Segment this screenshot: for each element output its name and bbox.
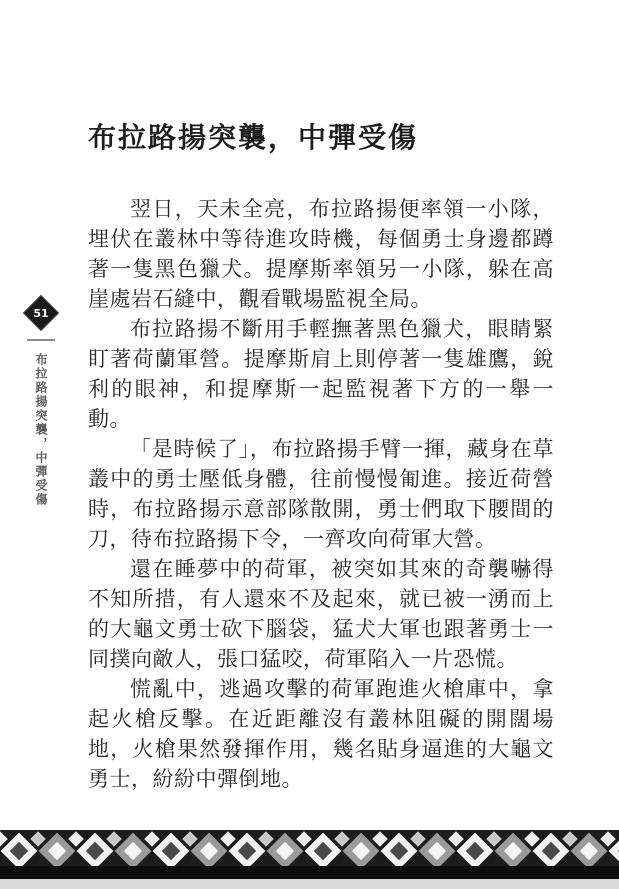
border-black-band [0, 866, 619, 879]
book-page: 51 布拉路揚突襲，中彈受傷 布拉路揚突襲，中彈受傷 翌日，天未全亮，布拉路揚便… [0, 0, 619, 889]
sidebar-divider [27, 339, 55, 341]
diamond-pattern-border [0, 830, 619, 866]
running-chapter-title: 布拉路揚突襲，中彈受傷 [34, 353, 48, 507]
paragraph: 「是時候了」，布拉路揚手臂一揮，藏身在草叢中的勇士壓低身體，往前慢慢匍進。接近荷… [88, 434, 554, 554]
page-edge-strip [0, 879, 619, 889]
paragraph: 慌亂中，逃過攻擊的荷軍跑進火槍庫中，拿起火槍反擊。在近距離沒有叢林阻礙的開闊場地… [88, 674, 554, 794]
body-text: 翌日，天未全亮，布拉路揚便率領一小隊，埋伏在叢林中等待進攻時機，每個勇士身邊都蹲… [88, 194, 554, 794]
page-number: 51 [29, 301, 53, 325]
paragraph: 布拉路揚不斷用手輕撫著黑色獵犬，眼睛緊盯著荷蘭軍營。提摩斯肩上則停著一隻雄鷹，銳… [88, 314, 554, 434]
paragraph: 翌日，天未全亮，布拉路揚便率領一小隊，埋伏在叢林中等待進攻時機，每個勇士身邊都蹲… [88, 194, 554, 314]
page-number-badge: 51 [24, 296, 58, 330]
sidebar: 51 布拉路揚突襲，中彈受傷 [24, 297, 58, 507]
paragraph: 還在睡夢中的荷軍，被突如其來的奇襲嚇得不知所措，有人還來不及起來，就已被一湧而上… [88, 554, 554, 674]
chapter-title: 布拉路揚突襲，中彈受傷 [88, 120, 554, 156]
main-content: 布拉路揚突襲，中彈受傷 翌日，天未全亮，布拉路揚便率領一小隊，埋伏在叢林中等待進… [88, 120, 554, 794]
